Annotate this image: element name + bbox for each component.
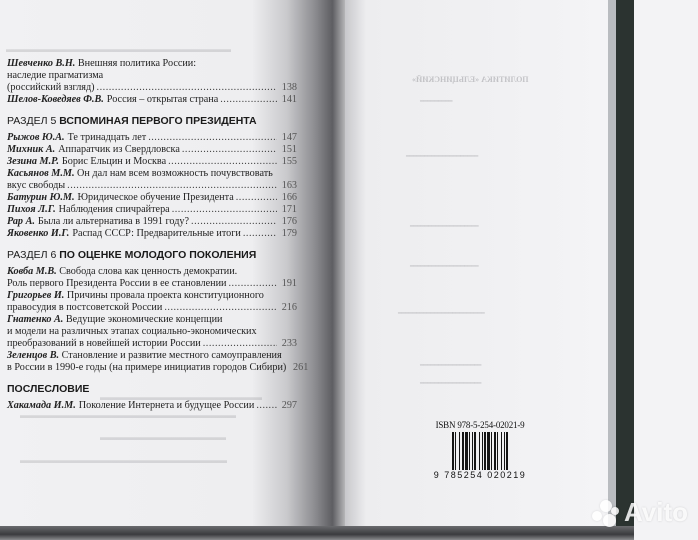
mirrored-text: ━━━━━━━━━━━━━━━━━ <box>420 362 481 369</box>
dot-leader <box>191 216 277 228</box>
toc-page-number: 163 <box>279 180 297 192</box>
toc-title-text: Наблюдения спичрайтера <box>59 204 170 216</box>
toc-title-text: Он дал нам всем возможность почувствоват… <box>77 168 273 179</box>
mirrored-text: ━━━━━━━━━━━━━━━━━━━ <box>410 263 479 270</box>
dot-leader <box>164 302 277 314</box>
toc-title-text: Борис Ельцин и Москва <box>62 156 166 168</box>
toc-title-text: и модели на различных этапах социально-э… <box>7 326 257 337</box>
section-number: РАЗДЕЛ 5 <box>7 115 56 127</box>
isbn-block: ISBN 978-5-254-02021-9 9 785254 020219 <box>432 420 528 480</box>
toc-page-number: 155 <box>279 156 297 168</box>
toc-section-heading: РАЗДЕЛ 5 ВСПОМИНАЯ ПЕРВОГО ПРЕЗИДЕНТА <box>7 115 297 127</box>
section-title: ВСПОМИНАЯ ПЕРВОГО ПРЕЗИДЕНТА <box>59 115 256 127</box>
dot-leader <box>168 156 277 168</box>
toc-page-number: 166 <box>279 192 297 204</box>
toc-entry: Рар А.Была ли альтернатива в 1991 году?1… <box>7 216 297 228</box>
toc-author: Михник А. <box>7 144 55 156</box>
toc-page-number: 176 <box>279 216 297 228</box>
book-cover-edge <box>616 0 634 528</box>
toc-page-number: 233 <box>279 338 297 350</box>
toc-title-text: Распад СССР: Предварительные итоги <box>72 228 241 240</box>
mirrored-text: ━━━━━━━━━ <box>420 98 453 105</box>
toc-entry: Зеленцов В. Становление и развитие местн… <box>7 350 297 374</box>
toc-title-text: Роль первого Президента России в ее стан… <box>7 278 227 290</box>
book-edge <box>608 0 616 528</box>
toc-author: Гнатенко А. <box>7 314 63 325</box>
toc-title-text: Внешняя политика России: <box>78 58 196 69</box>
mirrored-text: ━━━━━━━━━━━━━━━━━━━ <box>410 223 479 230</box>
dot-leader <box>172 204 277 216</box>
toc-author: Зезина М.Р. <box>7 156 59 168</box>
dot-leader <box>203 338 277 350</box>
toc-author: Яковенко И.Г. <box>7 228 69 240</box>
toc-section-heading: ПОСЛЕСЛОВИЕ <box>7 383 297 395</box>
toc-title-text: Ведущие экономические концепции <box>66 314 223 325</box>
toc-title-text: вкус свободы <box>7 180 65 192</box>
toc-author: Батурин Ю.М. <box>7 192 75 204</box>
toc-page-number: 191 <box>279 278 297 290</box>
toc-entry: Яковенко И.Г.Распад СССР: Предварительны… <box>7 228 297 240</box>
dot-leader <box>236 192 277 204</box>
section-title: ПО ОЦЕНКЕ МОЛОДОГО ПОКОЛЕНИЯ <box>59 249 256 261</box>
toc-entry: Михник А.Аппаратчик из Свердловска151 <box>7 144 297 156</box>
toc-entry-line: Зеленцов В. Становление и развитие местн… <box>7 350 297 362</box>
toc-author: Шевченко В.Н. <box>7 58 75 69</box>
toc-entry: Григорьев И. Причины провала проекта кон… <box>7 290 297 314</box>
isbn-number: ISBN 978-5-254-02021-9 <box>432 420 528 430</box>
barcode <box>432 432 528 470</box>
dot-leader <box>243 228 277 240</box>
mirrored-text: ━━━━━━━━━━━━━━━━━━━━━━━━ <box>398 310 485 317</box>
toc-title-text: (российский взгляд) <box>7 82 95 94</box>
mirrored-series-title: ПОЛИТИКА «ЕЛЬЦИНСКИЙ» <box>412 75 529 84</box>
toc-title-text: Россия – открытая страна <box>107 94 218 106</box>
toc-entry-line: наследие прагматизма <box>7 70 297 82</box>
toc-entry: Рыжов Ю.А.Те тринадцать лет147 <box>7 132 297 144</box>
toc-author: Шелов-Коведяев Ф.В. <box>7 94 104 106</box>
toc-author: Зеленцов В. <box>7 350 59 361</box>
toc-page-number: 138 <box>279 82 297 94</box>
toc-title-text: Юридическое обучение Президента <box>78 192 234 204</box>
toc-title-text: Была ли альтернатива в 1991 году? <box>38 216 189 228</box>
toc-title-text: Те тринадцать лет <box>68 132 147 144</box>
book-bottom-edge <box>0 526 634 540</box>
watermark-text: Avito <box>624 497 688 528</box>
toc-title-text: Аппаратчик из Свердловска <box>58 144 180 156</box>
mirrored-text: ━━━━━━━━━━━━━━━━━ <box>420 380 481 387</box>
toc-page-number: 147 <box>279 132 297 144</box>
toc-author: Касьянов М.М. <box>7 168 75 179</box>
toc-section-heading: РАЗДЕЛ 6 ПО ОЦЕНКЕ МОЛОДОГО ПОКОЛЕНИЯ <box>7 249 297 261</box>
toc-entry: Зезина М.Р.Борис Ельцин и Москва155 <box>7 156 297 168</box>
toc-title-text: Свобода слова как ценность демократии. <box>59 266 237 277</box>
toc-entry: Ковба М.В. Свобода слова как ценность де… <box>7 266 297 290</box>
toc-title-text: преобразований в новейшей истории России <box>7 338 201 350</box>
dot-leader <box>148 132 277 144</box>
show-through-text: ▬▬▬▬▬▬▬▬▬▬▬▬▬▬▬▬▬▬▬▬▬▬▬ <box>20 455 227 465</box>
dot-leader <box>97 82 277 94</box>
toc-entry: Шевченко В.Н. Внешняя политика России:на… <box>7 58 297 94</box>
toc-title-text: Становление и развитие местного самоупра… <box>62 350 282 361</box>
toc-title-text: в России в 1990-е годы (на примере иници… <box>7 362 286 374</box>
toc-entry-line: Григорьев И. Причины провала проекта кон… <box>7 290 297 302</box>
toc-author: Ковба М.В. <box>7 266 57 277</box>
toc-entry: Пихоя Л.Г.Наблюдения спичрайтера171 <box>7 204 297 216</box>
toc-author: Григорьев И. <box>7 290 64 301</box>
toc-author: Рар А. <box>7 216 35 228</box>
toc-page-number: 151 <box>279 144 297 156</box>
toc-entry: Батурин Ю.М.Юридическое обучение Президе… <box>7 192 297 204</box>
toc-title-text: наследие прагматизма <box>7 70 103 81</box>
show-through-text: ▬▬▬▬▬▬▬▬▬▬▬▬▬▬ <box>100 432 226 442</box>
background <box>634 0 698 540</box>
toc-entry-line: Шевченко В.Н. Внешняя политика России: <box>7 58 297 70</box>
toc-title-text: Поколение Интернета и будущее России <box>79 400 255 412</box>
dot-leader <box>229 278 278 290</box>
dot-leader <box>182 144 277 156</box>
toc-entry: Гнатенко А. Ведущие экономические концеп… <box>7 314 297 350</box>
toc-page-number: 261 <box>290 362 308 374</box>
toc-page-number: 297 <box>279 400 297 412</box>
toc-author: Рыжов Ю.А. <box>7 132 65 144</box>
dot-leader <box>220 94 277 106</box>
dot-leader <box>67 180 277 192</box>
mirrored-text: ━━━━━━━━━━━━━━━━━━━━ <box>406 153 478 160</box>
toc-page-number: 141 <box>279 94 297 106</box>
section-number: РАЗДЕЛ 6 <box>7 249 56 261</box>
dot-leader <box>256 400 277 412</box>
table-of-contents: Шевченко В.Н. Внешняя политика России:на… <box>7 58 297 412</box>
toc-entry: Шелов-Коведяев Ф.В.Россия – открытая стр… <box>7 94 297 106</box>
toc-page-number: 179 <box>279 228 297 240</box>
show-through-text: ▬▬▬▬▬▬▬▬▬▬▬▬▬▬▬▬▬▬▬▬▬▬▬▬▬ <box>6 44 231 54</box>
toc-author: Пихоя Л.Г. <box>7 204 56 216</box>
toc-entry-line: и модели на различных этапах социально-э… <box>7 326 297 338</box>
section-title: ПОСЛЕСЛОВИЕ <box>7 383 89 395</box>
barcode-number: 9 785254 020219 <box>432 470 528 480</box>
toc-page-number: 216 <box>279 302 297 314</box>
toc-entry: Хакамада И.М.Поколение Интернета и будущ… <box>7 400 297 412</box>
avito-logo-icon <box>592 500 622 526</box>
toc-entry-line: Ковба М.В. Свобода слова как ценность де… <box>7 266 297 278</box>
toc-entry: Касьянов М.М. Он дал нам всем возможност… <box>7 168 297 192</box>
toc-entry-line: Касьянов М.М. Он дал нам всем возможност… <box>7 168 297 180</box>
toc-title-text: Причины провала проекта конституционного <box>67 290 264 301</box>
avito-watermark: Avito <box>592 497 688 528</box>
toc-author: Хакамада И.М. <box>7 400 76 412</box>
toc-title-text: правосудия в постсоветской России <box>7 302 162 314</box>
toc-page-number: 171 <box>279 204 297 216</box>
toc-entry-line: Гнатенко А. Ведущие экономические концеп… <box>7 314 297 326</box>
